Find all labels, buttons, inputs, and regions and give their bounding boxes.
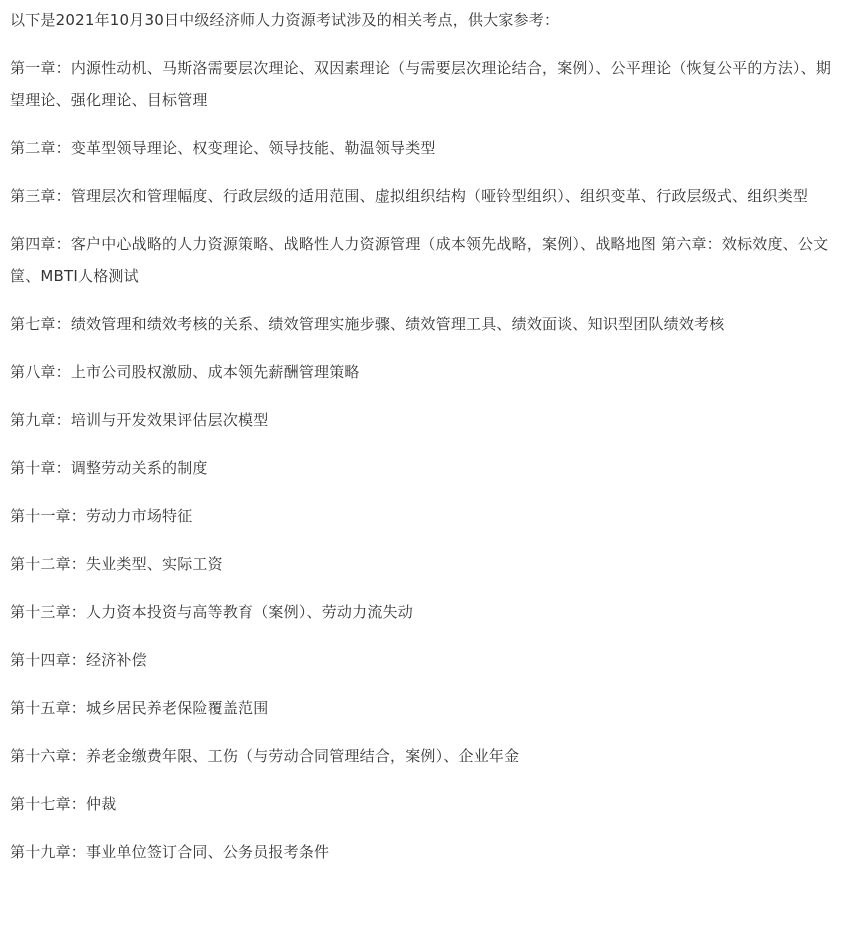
chapter-1-paragraph: 第一章：内源性动机、马斯洛需要层次理论、双因素理论（与需要层次理论结合，案例）、…	[10, 52, 844, 116]
chapter-3-paragraph: 第三章：管理层次和管理幅度、行政层级的适用范围、虚拟组织结构（哑铃型组织）、组织…	[10, 180, 844, 212]
chapter-label: 第十七章：	[10, 795, 86, 813]
chapter-label: 第十章：	[10, 459, 71, 477]
chapter-content: 上市公司股权激励、成本领先薪酬管理策略	[71, 363, 360, 381]
chapter-8-paragraph: 第八章：上市公司股权激励、成本领先薪酬管理策略	[10, 356, 844, 388]
chapter-label: 第十二章：	[10, 555, 86, 573]
chapter-label: 第九章：	[10, 411, 71, 429]
chapter-content: 客户中心战略的人力资源策略、战略性人力资源管理（成本领先战略，案例）、战略地图 …	[10, 235, 828, 285]
chapter-label: 第十六章：	[10, 747, 86, 765]
article-body: 以下是2021年10月30日中级经济师人力资源考试涉及的相关考点，供大家参考： …	[0, 0, 854, 868]
chapter-label: 第八章：	[10, 363, 71, 381]
chapter-label: 第十九章：	[10, 843, 86, 861]
chapter-10-paragraph: 第十章：调整劳动关系的制度	[10, 452, 844, 484]
chapter-label: 第十四章：	[10, 651, 86, 669]
chapter-12-paragraph: 第十二章：失业类型、实际工资	[10, 548, 844, 580]
chapter-label: 第四章：	[10, 235, 71, 253]
chapter-17-paragraph: 第十七章：仲裁	[10, 788, 844, 820]
intro-paragraph: 以下是2021年10月30日中级经济师人力资源考试涉及的相关考点，供大家参考：	[10, 4, 844, 36]
chapter-content: 绩效管理和绩效考核的关系、绩效管理实施步骤、绩效管理工具、绩效面谈、知识型团队绩…	[71, 315, 725, 333]
chapter-15-paragraph: 第十五章：城乡居民养老保险覆盖范围	[10, 692, 844, 724]
chapter-content: 事业单位签订合同、公务员报考条件	[86, 843, 329, 861]
chapter-9-paragraph: 第九章：培训与开发效果评估层次模型	[10, 404, 844, 436]
chapter-label: 第三章：	[10, 187, 71, 205]
chapter-11-paragraph: 第十一章：劳动力市场特征	[10, 500, 844, 532]
chapter-content: 内源性动机、马斯洛需要层次理论、双因素理论（与需要层次理论结合，案例）、公平理论…	[10, 59, 831, 109]
chapter-19-paragraph: 第十九章：事业单位签订合同、公务员报考条件	[10, 836, 844, 868]
chapter-content: 仲裁	[86, 795, 116, 813]
chapter-2-paragraph: 第二章：变革型领导理论、权变理论、领导技能、勒温领导类型	[10, 132, 844, 164]
chapter-13-paragraph: 第十三章：人力资本投资与高等教育（案例）、劳动力流失动	[10, 596, 844, 628]
chapter-label: 第十五章：	[10, 699, 86, 717]
chapter-label: 第二章：	[10, 139, 71, 157]
chapter-content: 管理层次和管理幅度、行政层级的适用范围、虚拟组织结构（哑铃型组织）、组织变革、行…	[71, 187, 808, 205]
chapter-14-paragraph: 第十四章：经济补偿	[10, 644, 844, 676]
chapter-content: 调整劳动关系的制度	[71, 459, 208, 477]
chapter-content: 养老金缴费年限、工伤（与劳动合同管理结合，案例）、企业年金	[86, 747, 519, 765]
chapter-content: 变革型领导理论、权变理论、领导技能、勒温领导类型	[71, 139, 436, 157]
chapter-label: 第七章：	[10, 315, 71, 333]
chapter-7-paragraph: 第七章：绩效管理和绩效考核的关系、绩效管理实施步骤、绩效管理工具、绩效面谈、知识…	[10, 308, 844, 340]
chapter-content: 人力资本投资与高等教育（案例）、劳动力流失动	[86, 603, 413, 621]
chapter-content: 城乡居民养老保险覆盖范围	[86, 699, 268, 717]
chapter-content: 培训与开发效果评估层次模型	[71, 411, 269, 429]
chapter-content: 失业类型、实际工资	[86, 555, 223, 573]
chapter-label: 第十三章：	[10, 603, 86, 621]
chapter-content: 经济补偿	[86, 651, 147, 669]
chapter-4-paragraph: 第四章：客户中心战略的人力资源策略、战略性人力资源管理（成本领先战略，案例）、战…	[10, 228, 844, 292]
chapter-label: 第一章：	[10, 59, 71, 77]
chapter-content: 劳动力市场特征	[86, 507, 192, 525]
chapter-label: 第十一章：	[10, 507, 86, 525]
chapter-16-paragraph: 第十六章：养老金缴费年限、工伤（与劳动合同管理结合，案例）、企业年金	[10, 740, 844, 772]
